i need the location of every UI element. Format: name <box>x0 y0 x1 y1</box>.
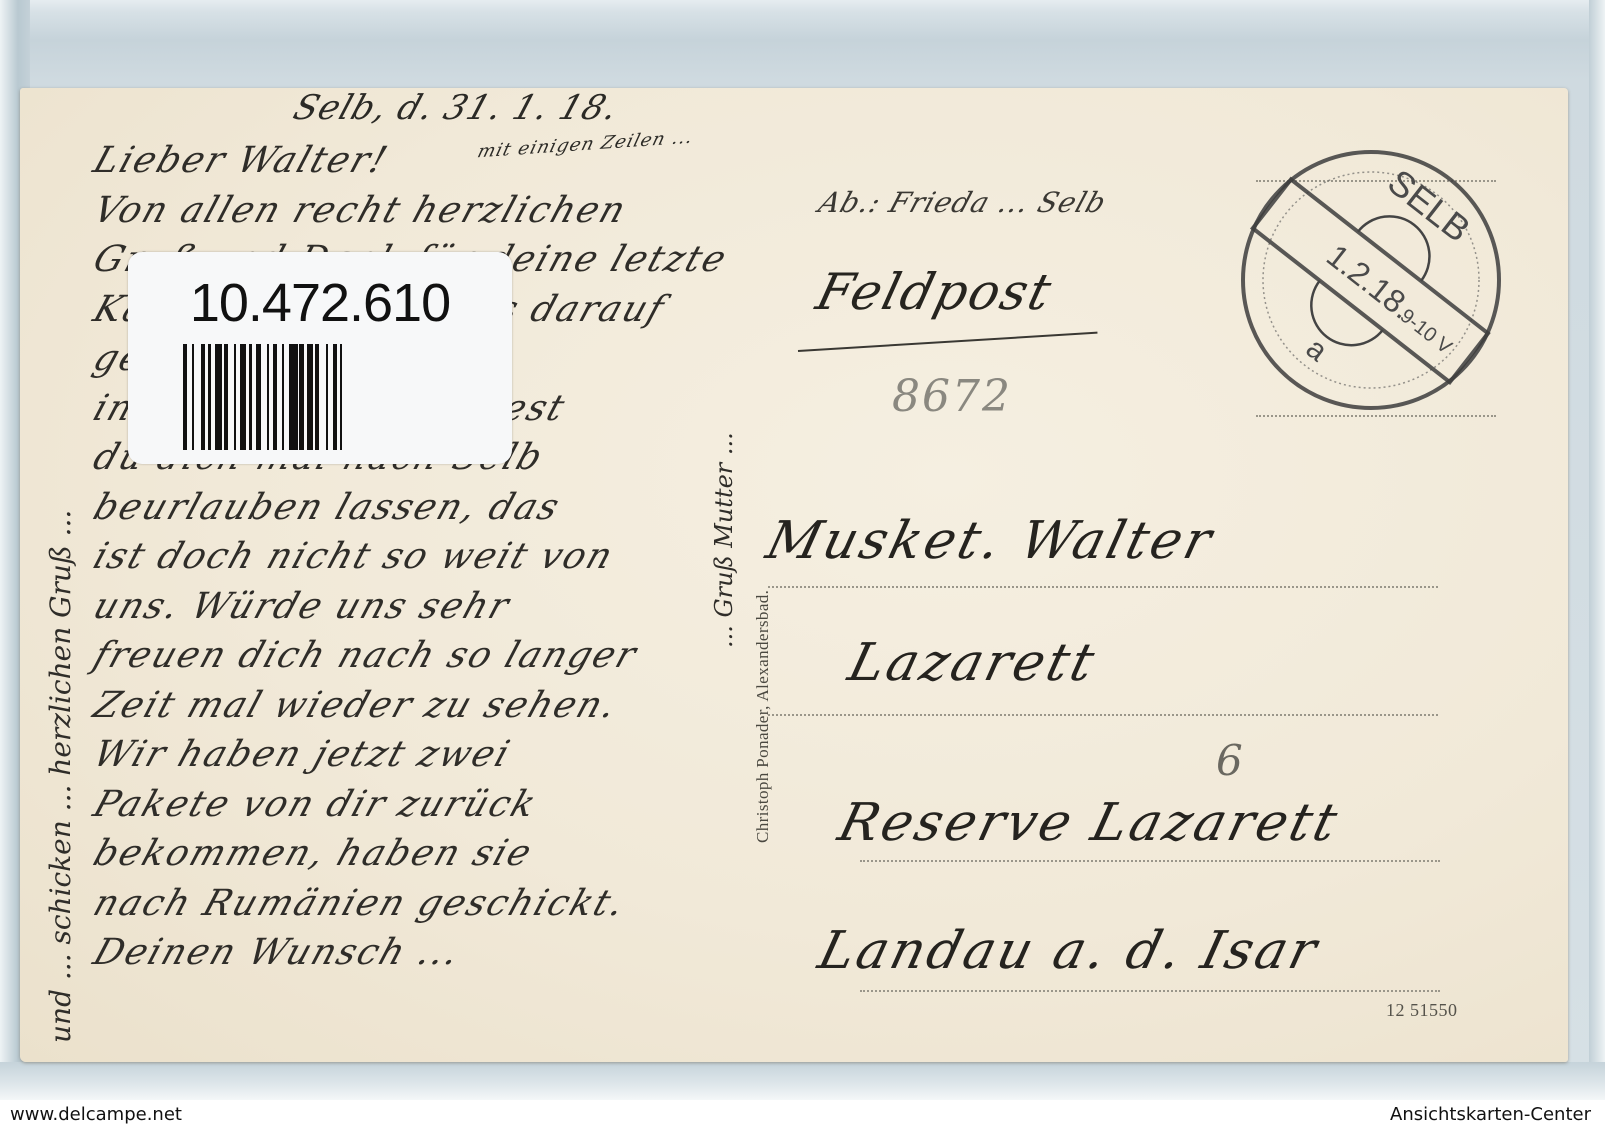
message-line: Lieber Walter! <box>88 140 393 181</box>
message-line: bekommen, haben sie <box>88 833 538 874</box>
ansichtskarten-center-watermark: Ansichtskarten-Center <box>1390 1104 1591 1125</box>
address-rule-4 <box>860 990 1440 992</box>
dateline: Selb, d. 31. 1. 18. <box>289 88 624 128</box>
postmark-town: SELB <box>1380 161 1478 250</box>
sleeve-bottom-edge <box>0 1062 1605 1100</box>
postmark-icon: 1.2.18. 9-10 V SELB a <box>1236 138 1506 423</box>
address-line-1: Musket. Walter <box>761 511 1221 571</box>
interlinear-note: mit einigen Zeilen ... <box>475 127 695 163</box>
pencil-inventory-number: 8672 <box>892 371 1012 422</box>
message-line: Zeit mal wieder zu sehen. <box>88 685 623 726</box>
card-number: 12 51550 <box>1386 1000 1458 1021</box>
inventory-sticker: 10.472.610 <box>128 252 512 464</box>
message-line: nach Rumänien geschickt. <box>88 883 631 924</box>
message-line: Wir haben jetzt zwei <box>88 734 516 775</box>
postmark-district: a <box>1300 332 1334 368</box>
address-rule-1 <box>768 586 1438 588</box>
address-line-4: Landau a. d. Isar <box>813 921 1326 981</box>
feldpost-label: Feldpost <box>811 263 1059 321</box>
feldpost-underline <box>798 332 1098 352</box>
ward-number: 6 <box>1216 736 1243 785</box>
message-line: Pakete von dir zurück <box>88 784 542 825</box>
message-line: ist doch nicht so weit von <box>88 536 619 577</box>
message-line: Deinen Wunsch ... <box>88 932 466 973</box>
inventory-number: 10.472.610 <box>128 272 512 334</box>
address-rule-2 <box>768 714 1438 716</box>
sender-note: Ab.: Frieda ... Selb <box>815 186 1111 219</box>
barcode-icon <box>183 344 455 450</box>
address-rule-3 <box>860 860 1440 862</box>
message-line: Von allen recht herzlichen <box>88 190 632 231</box>
left-margin-note: und ... schicken ... herzlichen Gruß ... <box>44 510 77 1043</box>
delcampe-watermark: www.delcampe.net <box>10 1104 182 1125</box>
right-margin-note: ... Gruß Mutter ... <box>710 432 738 648</box>
message-line: freuen dich nach so langer <box>88 635 642 676</box>
publisher-imprint: Christoph Ponader, Alexandersbad. <box>753 590 773 843</box>
message-line: uns. Würde uns sehr <box>88 586 515 627</box>
message-line: beurlauben lassen, das <box>88 487 565 528</box>
address-line-2: Lazarett <box>843 633 1103 693</box>
postmark-time: 9-10 V <box>1396 305 1456 359</box>
address-line-3: Reserve Lazarett <box>833 793 1346 853</box>
